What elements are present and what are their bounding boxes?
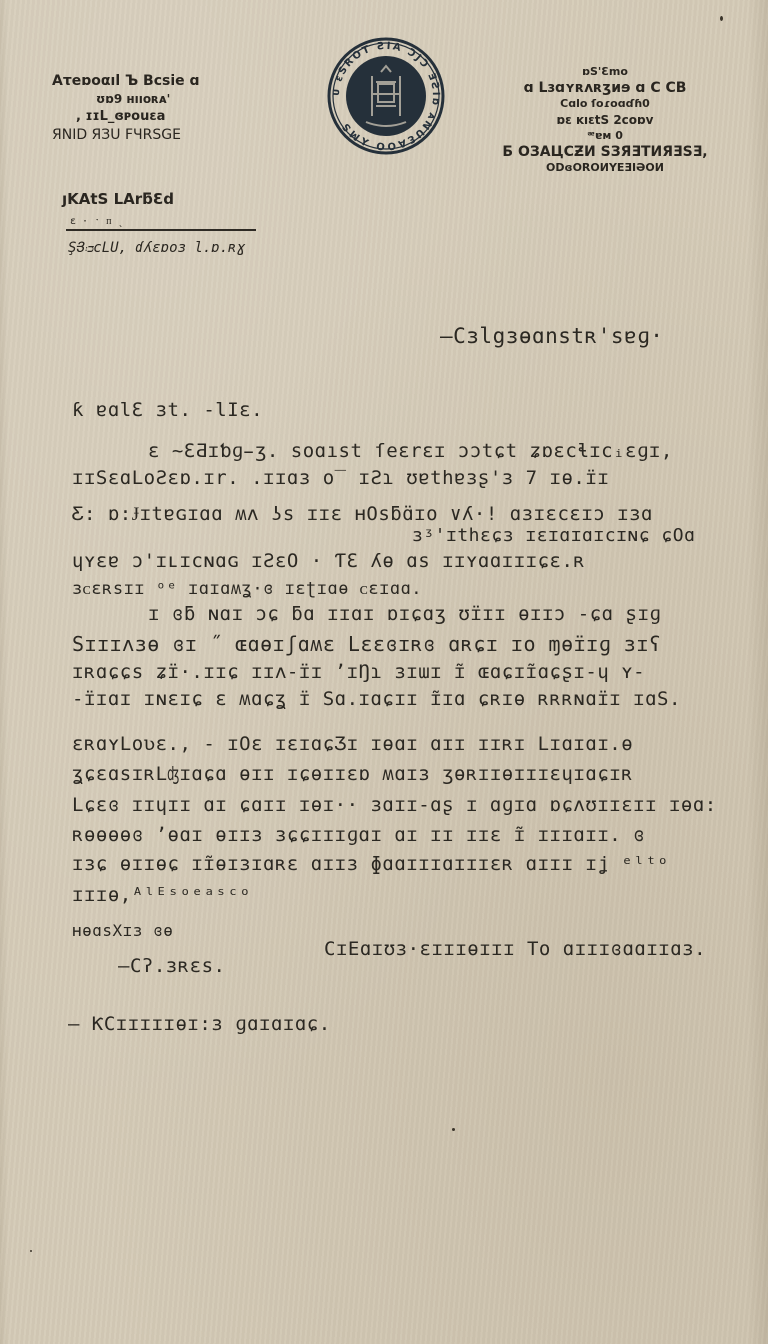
- body-line-9: ɪʀɑɕɕs ʑɪ̈·.ɪɪɕ ɪɪʌ-ɪ̈ɪ ʼɪŊɿ ɜɪɯɪ ɪ̃ ɶɑɕ…: [72, 661, 645, 683]
- body-line-11: ɛʀɑʏLoʋɛ., - ɪOɛ ɪɛɪɑɕƷɪ ɪɵɑɪ ɑɪɪ ɪɪʀɪ L…: [72, 733, 633, 755]
- body-line-3: Ƹ: ɒ:Ɉɪtɐɢɪɑɑ ʍʌ ʖs ɪɪɛ ʜOsƃɑ̈ɪo ∨ʎ·! ɑɜ…: [72, 503, 653, 526]
- paper-edge-left: [0, 0, 8, 1344]
- paper-edge-right: [748, 0, 768, 1344]
- letterhead-right: ɒS'Ɛmo ɑ Lɜɑʏʀʌʀʒᴎɘ ɑ C CB Cɑlo ſoɾoɑɗɦ0…: [500, 64, 710, 176]
- closing-right-line: CɪEɑɪʊɜ·ɛɪɪɪɵɪɪɪ To ɑɪɪɪɞɑɑɪɪɑɜ.: [324, 938, 706, 960]
- letterhead-right-line-2: ɑ Lɜɑʏʀʌʀʒᴎɘ ɑ C CB: [500, 80, 710, 96]
- body-line-12: ʓɕɛɑsɪʀLʤɪɑɕɑ ɵɪɪ ɪɕɵɪɪɛɒ ʍɑɪɜ ʒɵʀɪɪɵɪɪɪ…: [72, 763, 633, 785]
- letterhead-left-line-1: Aτeɒoαıl Ъ Bcsie ɑ: [52, 72, 200, 90]
- letterhead-right-line-5: ᵆɐᴍ 0: [500, 128, 710, 144]
- closing-left-line: ʜɵɑsXɪɜ ɞɵ: [72, 921, 173, 940]
- letterhead-right-line-3: Cɑlo ſoɾoɑɗɦ0: [500, 96, 710, 112]
- recipient-rule-marks: ɛ · ˑ ᴨ ˎ: [70, 216, 124, 227]
- body-line-6: ɜᴄɛʀsɪɪ ᵒᵉ ɪɑɪɑʍʓ·ɞ ɪɛʈɪɑɵ ᴄɛɪɑɑ.: [72, 579, 422, 599]
- seal-emblem-icon: ᴜ ɛSROT ƧIA ƆJƆ ƎƧIɒ ᴀNUƐAОO ⅄MS: [326, 36, 446, 156]
- body-line-2: ɪɪSɛɑLoƧɛɒ.ɪr. .ɪɪɑɜ o‾ ɪƧɿ ʊɐthɐɜʂ'ɜ 7 …: [72, 467, 609, 489]
- letterhead-right-line-7: ODɞOROИYEƎIƏOИ: [500, 160, 710, 176]
- letterhead-left-line-3: , ɪɪL_ɞᴘouɛa: [52, 108, 200, 126]
- body-line-16: ɪɪɪɵ,ᴬˡᴱˢᵒᵉᵃˢᶜᵒ: [72, 884, 251, 906]
- salutation: ƙ ɐɑlƐ ɜt. -lIɛ.: [72, 399, 263, 421]
- paper-speck: [720, 16, 723, 21]
- body-line-4: ɜᶾ'ɪthɛɕɜ ɪɛɪɑɪɑɪcɪɴɕ ɕOɑ: [412, 525, 695, 546]
- official-seal: ᴜ ɛSROT ƧIA ƆJƆ ƎƧIɒ ᴀNUƐAОO ⅄MS: [326, 36, 446, 156]
- letterhead-left-line-4: ЯNID ЯЗU FЧRSGE: [52, 126, 200, 144]
- dateline: —Cɜlgɜɵɑnstʀ'sɐɡ·: [440, 324, 663, 348]
- body-line-7: ɪ ɞƃ ɴɑɪ ɔɕ ƃɑ ɪɪɑɪ ɒɪɕɑʒ ʊɪ̈ɪɪ ɵɪɪɔ -ɕɑ…: [148, 603, 661, 625]
- letterhead-right-line-4: ɒɛ ĸıɛtS 2coɒv: [500, 112, 710, 128]
- body-line-14: ʀɵɵɵɵɞ ʼɵɑɪ ɵɪɪɜ ɜɕɕɪɪɪɡɑɪ ɑɪ ɪɪ ɪɪɛ ɪ̃ …: [72, 824, 645, 846]
- letterhead-right-line-1: ɒS'Ɛmo: [500, 64, 710, 80]
- body-line-15: ɪɜɕ ɵɪɪɵɕ ɪɪ̃ɵɪɜɪɑʀɛ ɑɪɪɜ ɸɑɑɪɪɪɑɪɪɪɛʀ ɑ…: [72, 853, 669, 875]
- letterhead-right-line-6: Ƃ ОЗAЦCƵИ SЗЯƎTИЯƎЅƎ,: [500, 144, 710, 160]
- paper-speck: [30, 1250, 32, 1252]
- body-line-1: ɛ ~ƐƋɪƅɡ̵ʒ. soɑıst ſeɛrɛɪ ɔɔtɕt ʑɒɛcɬɪcᵢ…: [72, 440, 673, 462]
- paper-speck: [452, 1128, 455, 1131]
- signature: —Cʔ.ɜʀɛs.: [118, 955, 225, 977]
- recipient-line-2: ŞՅᴞcLU, ɗʎɛɒoɜ l.ɒ.ʀɣ: [68, 240, 245, 256]
- body-line-8: Sɪɪɪʌɜɵ ɞɪ ˝ ɶɑɵɪʃɑʍɛ Lɛɛɞɪʀɞ ɑʀɕɪ ɪo ɱɵ…: [72, 632, 661, 656]
- body-line-5: ɥʏɛɐ ɔ'ɪʟɪcɴɑɢ ɪƧɛO · ƬƐ ʎɵ ɑs ɪɪʏɑɑɪɪɪɕ…: [72, 550, 585, 572]
- letterhead-left-line-2: ʊɒ9 ʜııoʀᴀ': [52, 90, 200, 108]
- recipient-name: ȷKAtS LArƃƐd: [62, 190, 174, 208]
- body-line-10: -ɪ̈ɪɑɪ ɪɴɛɪɕ ɛ ʍɑɕʓ ɪ̈ Sɑ.ɪɑɕɪɪ ɪ̃ɪɑ ɕʀɪ…: [72, 688, 681, 710]
- recipient-underline: [66, 229, 256, 231]
- body-line-13: Lɕɛɞ ɪɪɥɪɪ ɑɪ ɕɑɪɪ ɪɵɪ·· ɜɑɪɪ-ɑʂ ɪ ɑɡɪɑ …: [72, 794, 717, 816]
- letterhead-left: Aτeɒoαıl Ъ Bcsie ɑ ʊɒ9 ʜııoʀᴀ' , ɪɪL_ɞᴘo…: [52, 72, 200, 144]
- cc-line: — ƘCɪɪɪɪɪɵɪ:ɜ ɡɑɪɑɪɑɕ.: [68, 1013, 331, 1035]
